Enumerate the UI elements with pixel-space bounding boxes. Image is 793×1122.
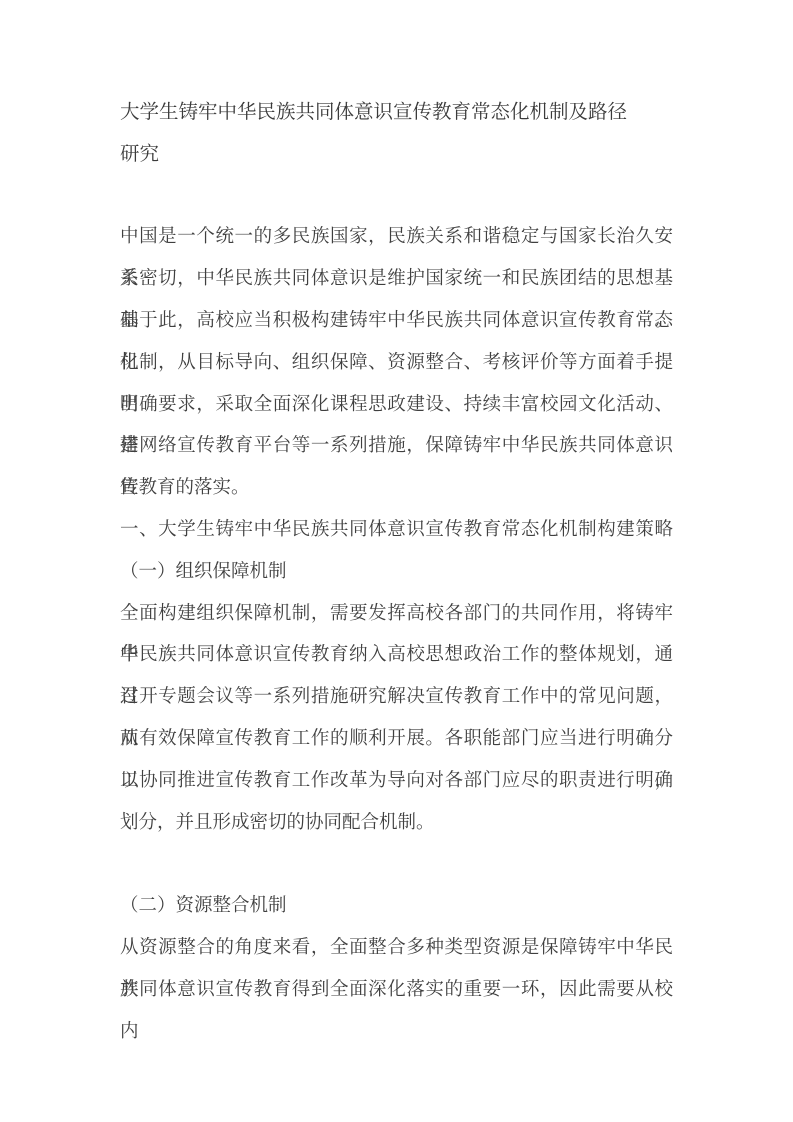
paragraph-line: 机制，从目标导向、组织保障、资源整合、考核评价等方面着手提出 [120, 343, 673, 385]
paragraph-line: 划分，并且形成密切的协同配合机制。 [120, 803, 673, 845]
paragraph-line: 召开专题会议等一系列措施研究解决宣传教育工作中的常见问题，从 [120, 677, 673, 719]
paragraph-line: 系密切，中华民族共同体意识是维护国家统一和民族团结的思想基础。 [120, 259, 673, 301]
subsection-heading: （一）组织保障机制 [120, 552, 673, 594]
paragraph-line: 以协同推进宣传教育工作改革为导向对各部门应尽的职责进行明确 [120, 761, 673, 803]
paragraph-line: 华民族共同体意识宣传教育纳入高校思想政治工作的整体规划，通过 [120, 635, 673, 677]
blank-line [120, 844, 673, 886]
document-content: 大学生铸牢中华民族共同体意识宣传教育常态化机制及路径 研究 中国是一个统一的多民… [120, 92, 673, 1012]
subsection-heading: （二）资源整合机制 [120, 886, 673, 928]
paragraph-line: 传教育的落实。 [120, 468, 673, 510]
doc-title-line-2: 研究 [120, 134, 673, 176]
paragraph-line: 全面构建组织保障机制，需要发挥高校各部门的共同作用，将铸牢中 [120, 594, 673, 636]
blank-line [120, 176, 673, 218]
section-heading: 一、大学生铸牢中华民族共同体意识宣传教育常态化机制构建策略 [120, 510, 673, 552]
doc-title-line-1: 大学生铸牢中华民族共同体意识宣传教育常态化机制及路径 [120, 92, 673, 134]
paragraph-line: 而有效保障宣传教育工作的顺利开展。各职能部门应当进行明确分工， [120, 719, 673, 761]
paragraph-line: 明确要求，采取全面深化课程思政建设、持续丰富校园文化活动、搭 [120, 385, 673, 427]
paragraph-line: 中国是一个统一的多民族国家，民族关系和谐稳定与国家长治久安关 [120, 217, 673, 259]
paragraph-line: 建网络宣传教育平台等一系列措施，保障铸牢中华民族共同体意识宣 [120, 426, 673, 468]
document-page: 大学生铸牢中华民族共同体意识宣传教育常态化机制及路径 研究 中国是一个统一的多民… [0, 0, 793, 1122]
paragraph-line: 共同体意识宣传教育得到全面深化落实的重要一环，因此需要从校内 [120, 970, 673, 1012]
paragraph-line: 基于此，高校应当积极构建铸牢中华民族共同体意识宣传教育常态化 [120, 301, 673, 343]
paragraph-line: 从资源整合的角度来看，全面整合多种类型资源是保障铸牢中华民族 [120, 928, 673, 970]
